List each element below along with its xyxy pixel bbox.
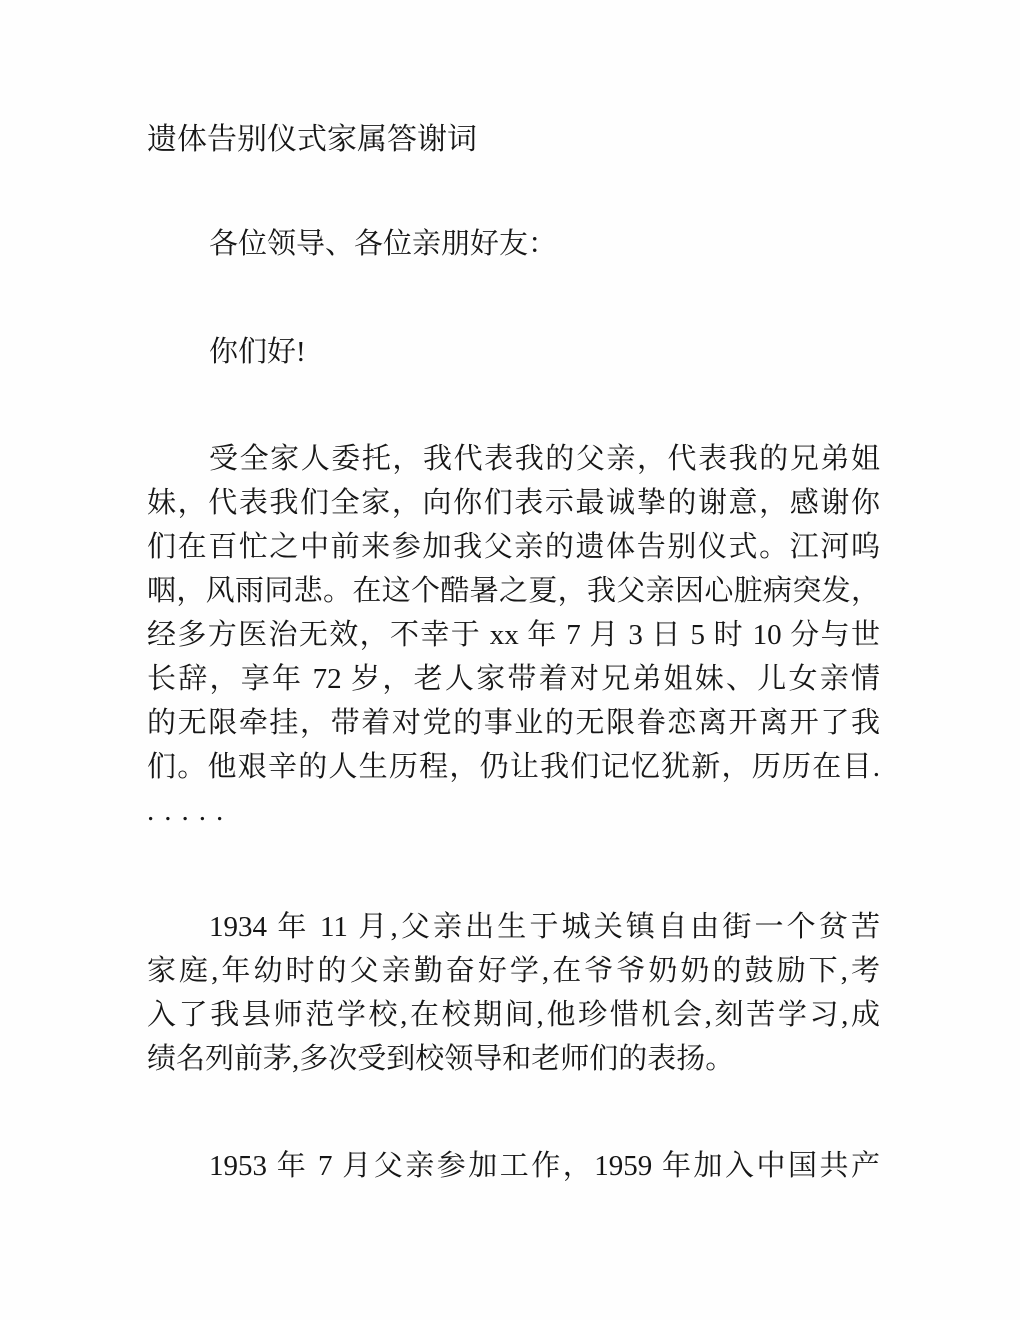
- paragraph-3: 1953 年 7 月父亲参加工作，1959 年加入中国共产: [147, 1144, 880, 1188]
- paragraph-1: 受全家人委托，我代表我的父亲，代表我的兄弟姐 妹，代表我们全家，向你们表示最诚挚…: [147, 437, 880, 833]
- salutation-block: 你们好!: [147, 330, 880, 374]
- document-page: 遗体告别仪式家属答谢词 各位领导、各位亲朋好友： 你们好! 受全家人委托，我代表…: [147, 118, 880, 1188]
- document-title: 遗体告别仪式家属答谢词: [147, 118, 880, 162]
- text-line: 妹，代表我们全家，向你们表示最诚挚的谢意，感谢你: [147, 481, 880, 525]
- text-line: 经多方医治无效，不幸于 xx 年 7 月 3 日 5 时 10 分与世: [147, 613, 880, 657]
- text-line: 1953 年 7 月父亲参加工作，1959 年加入中国共产: [147, 1144, 880, 1188]
- greeting-line: 各位领导、各位亲朋好友：: [147, 222, 880, 266]
- text-line: 长辞，享年 72 岁，老人家带着对兄弟姐妹、儿女亲情: [147, 657, 880, 701]
- text-line: 们。他艰辛的人生历程，仍让我们记忆犹新，历历在目.: [147, 745, 880, 789]
- page-background: { "page": { "background": "#fefefe", "te…: [0, 0, 1020, 1320]
- text-line: 的无限牵挂，带着对党的事业的无限眷恋离开离开了我: [147, 701, 880, 745]
- text-line: 们在百忙之中前来参加我父亲的遗体告别仪式。江河呜: [147, 525, 880, 569]
- salutation-line: 你们好!: [147, 330, 880, 374]
- paragraph-2: 1934 年 11 月,父亲出生于城关镇自由街一个贫苦 家庭,年幼时的父亲勤奋好…: [147, 905, 880, 1081]
- ellipsis-line: .....: [147, 789, 880, 833]
- text-line: 1934 年 11 月,父亲出生于城关镇自由街一个贫苦: [147, 905, 880, 949]
- text-line: 入了我县师范学校,在校期间,他珍惜机会,刻苦学习,成: [147, 993, 880, 1037]
- text-line: 绩名列前茅,多次受到校领导和老师们的表扬。: [147, 1037, 880, 1081]
- greeting-block: 各位领导、各位亲朋好友：: [147, 222, 880, 266]
- text-line: 咽，风雨同悲。在这个酷暑之夏，我父亲因心脏病突发，: [147, 569, 880, 613]
- text-line: 家庭,年幼时的父亲勤奋好学,在爷爷奶奶的鼓励下,考: [147, 949, 880, 993]
- text-line: 受全家人委托，我代表我的父亲，代表我的兄弟姐: [147, 437, 880, 481]
